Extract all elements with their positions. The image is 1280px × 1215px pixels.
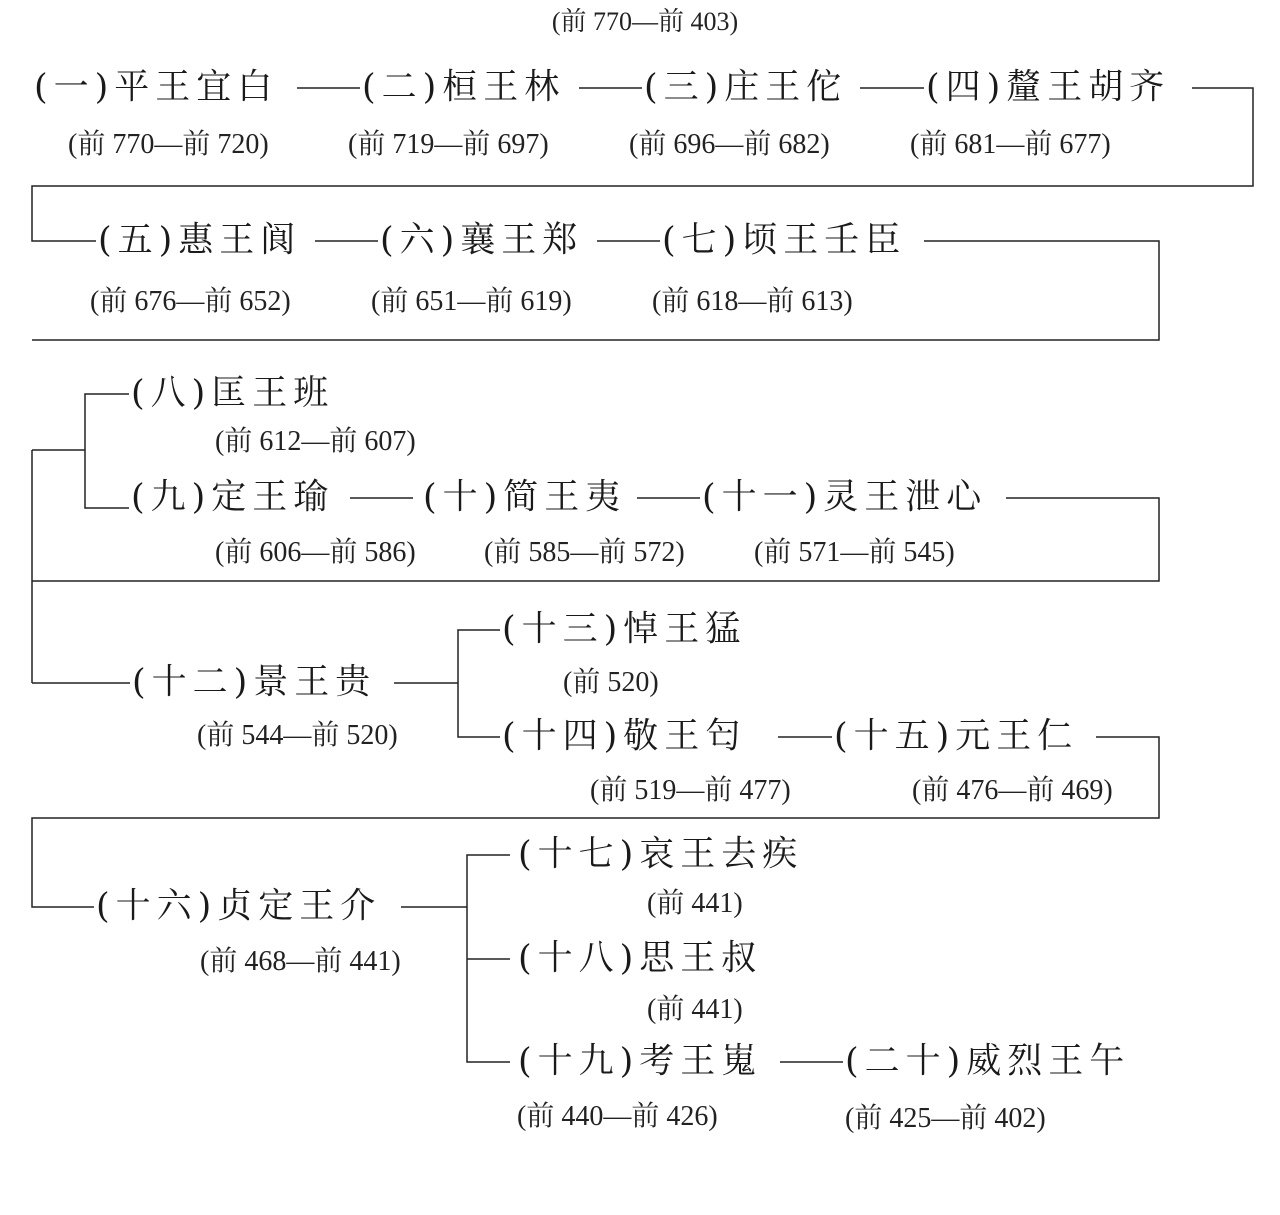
diagram-title: (前 770—前 403) xyxy=(552,9,738,35)
king-15-reign: (前 476—前 469) xyxy=(912,777,1113,805)
king-3-name: (三)庄王佗 xyxy=(644,71,847,106)
king-15-name: (十五)元王仁 xyxy=(834,720,1078,755)
king-7-reign: (前 618—前 613) xyxy=(652,288,853,316)
king-14-reign: (前 519—前 477) xyxy=(590,777,791,805)
king-11-name: (十一)灵王泄心 xyxy=(702,481,987,516)
king-8-reign: (前 612—前 607) xyxy=(215,428,416,456)
king-14-name: (十四)敬王匄 xyxy=(502,720,746,755)
king-1-reign: (前 770—前 720) xyxy=(68,131,269,159)
bracket-13-14 xyxy=(458,630,500,737)
king-5-reign: (前 676—前 652) xyxy=(90,288,291,316)
king-8-name: (八)匡王班 xyxy=(131,377,334,412)
king-4-name: (四)釐王胡齐 xyxy=(926,71,1170,106)
king-19-reign: (前 440—前 426) xyxy=(517,1103,718,1131)
king-10-reign: (前 585—前 572) xyxy=(484,539,685,567)
king-2-name: (二)桓王林 xyxy=(362,71,565,106)
king-12-reign: (前 544—前 520) xyxy=(197,722,398,750)
king-20-name: (二十)威烈王午 xyxy=(845,1045,1130,1080)
king-5-name: (五)惠王阆 xyxy=(98,224,301,259)
king-4-reign: (前 681—前 677) xyxy=(910,131,1111,159)
king-19-name: (十九)考王嵬 xyxy=(518,1045,762,1080)
king-18-name: (十八)思王叔 xyxy=(518,942,762,977)
connector-15-16 xyxy=(32,737,1159,907)
king-13-name: (十三)悼王猛 xyxy=(502,613,746,648)
king-20-reign: (前 425—前 402) xyxy=(845,1105,1046,1133)
king-17-name: (十七)哀王去疾 xyxy=(518,838,803,873)
king-13-reign: (前 520) xyxy=(563,669,659,697)
king-6-reign: (前 651—前 619) xyxy=(371,288,572,316)
king-17-reign: (前 441) xyxy=(647,890,743,918)
connector-4-5 xyxy=(32,88,1253,241)
bracket-8-9 xyxy=(85,394,129,508)
king-1-name: (一)平王宜白 xyxy=(34,71,278,106)
king-16-reign: (前 468—前 441) xyxy=(200,948,401,976)
king-9-name: (九)定王瑜 xyxy=(131,481,334,516)
king-2-reign: (前 719—前 697) xyxy=(348,131,549,159)
connector-lines xyxy=(0,0,1280,1215)
king-12-name: (十二)景王贵 xyxy=(132,666,376,701)
king-10-name: (十)简王夷 xyxy=(423,481,626,516)
king-7-name: (七)顷王壬臣 xyxy=(662,224,906,259)
king-6-name: (六)襄王郑 xyxy=(380,224,583,259)
king-9-reign: (前 606—前 586) xyxy=(215,539,416,567)
king-18-reign: (前 441) xyxy=(647,996,743,1024)
king-3-reign: (前 696—前 682) xyxy=(629,131,830,159)
king-11-reign: (前 571—前 545) xyxy=(754,539,955,567)
king-16-name: (十六)贞定王介 xyxy=(96,890,381,925)
